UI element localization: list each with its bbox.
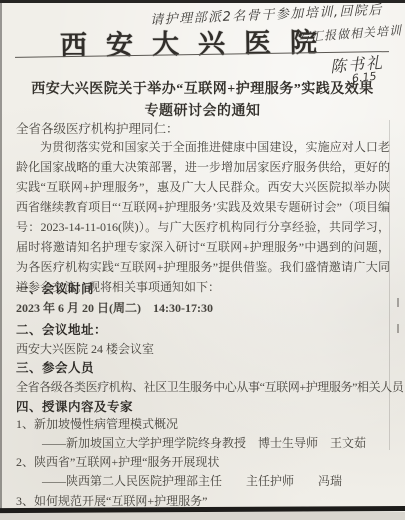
- notice-title-line2: 专题研讨会的通知: [0, 100, 405, 120]
- body-paragraph: 为贯彻落实党和国家关于全面推进健康中国建设，实施应对人口老龄化国家战略的重大决策…: [16, 137, 390, 297]
- salutation: 全省各级医疗机构护理同仁：: [16, 119, 179, 137]
- section-4-heading: 四、授课内容及专家: [16, 397, 133, 415]
- agenda-expert-1: ——新加坡国立大学护理学院终身教授 博士生导师 王文茹: [42, 434, 366, 451]
- agenda-expert-2: ——陕西第二人民医院护理部主任 主任护师 冯瑞: [42, 472, 342, 489]
- scan-mark: [397, 324, 399, 333]
- section-2-heading: 二、会议地址：: [16, 320, 107, 338]
- section-3-heading: 三、参会人员: [16, 358, 94, 376]
- agenda-item-1: 1、新加坡慢性病管理模式概况: [16, 415, 178, 432]
- meeting-address: 西安大兴医院 24 楼会议室: [16, 340, 154, 357]
- notice-title-line1: 西安大兴医院关于举办“互联网+护理服务”实践及效果: [0, 78, 405, 98]
- meeting-time: 2023 年 6 月 20 日(周二) 14:30-17:30: [16, 299, 213, 316]
- scan-bottom-margin: [0, 512, 405, 520]
- scan-mark: [397, 298, 399, 307]
- participants: 全省各级各类医疗机构、社区卫生服务中心从事“互联网+护理服务”相关人员: [16, 378, 403, 395]
- agenda-item-2: 2、陕西省”互联网+护理“服务开展现状: [16, 453, 219, 470]
- section-1-heading: 一、会议时间: [16, 279, 94, 297]
- scanned-notice-page: 请护理部派2名骨干参加培训,回院后 写汇报做相关培训 陈书礼 6.15 西安大兴…: [0, 0, 405, 520]
